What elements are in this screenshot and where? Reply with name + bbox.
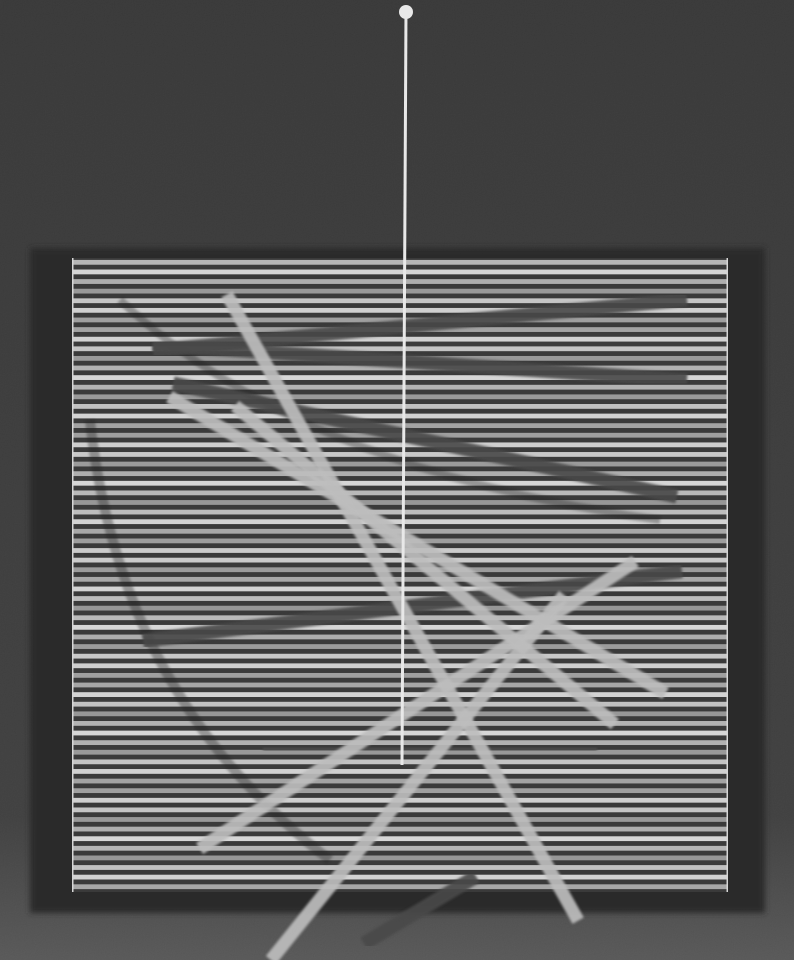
panel-stripe <box>72 452 728 457</box>
panel-stripe <box>72 654 728 659</box>
panel-stripe <box>72 759 728 764</box>
panel-stripe <box>72 702 728 707</box>
kinetic-artwork-photo <box>0 0 794 960</box>
panel-stripe <box>72 442 728 447</box>
panel-stripe <box>72 865 728 870</box>
panel-stripe <box>72 519 728 524</box>
panel-stripe <box>72 731 728 736</box>
panel-stripe <box>72 500 728 505</box>
panel-stripe <box>72 856 728 861</box>
panel-stripe <box>72 875 728 880</box>
panel-stripe <box>72 471 728 476</box>
rod-dark-low <box>270 748 590 750</box>
panel-stripe <box>72 279 728 284</box>
panel-stripe <box>72 769 728 774</box>
panel-stripe <box>72 260 728 265</box>
panel-stripe <box>72 270 728 275</box>
panel-stripe <box>72 827 728 832</box>
panel-stripe <box>72 289 728 294</box>
panel-stripe <box>72 836 728 841</box>
panel-stripe <box>72 644 728 649</box>
panel-stripe <box>72 625 728 630</box>
panel-stripe <box>72 692 728 697</box>
wire-hook <box>399 5 413 19</box>
panel-stripe <box>72 884 728 889</box>
panel-stripe <box>72 846 728 851</box>
panel-stripe <box>72 385 728 390</box>
panel-stripe <box>72 414 728 419</box>
panel-stripe <box>72 817 728 822</box>
panel-stripe <box>72 779 728 784</box>
photo-stage <box>0 0 794 960</box>
